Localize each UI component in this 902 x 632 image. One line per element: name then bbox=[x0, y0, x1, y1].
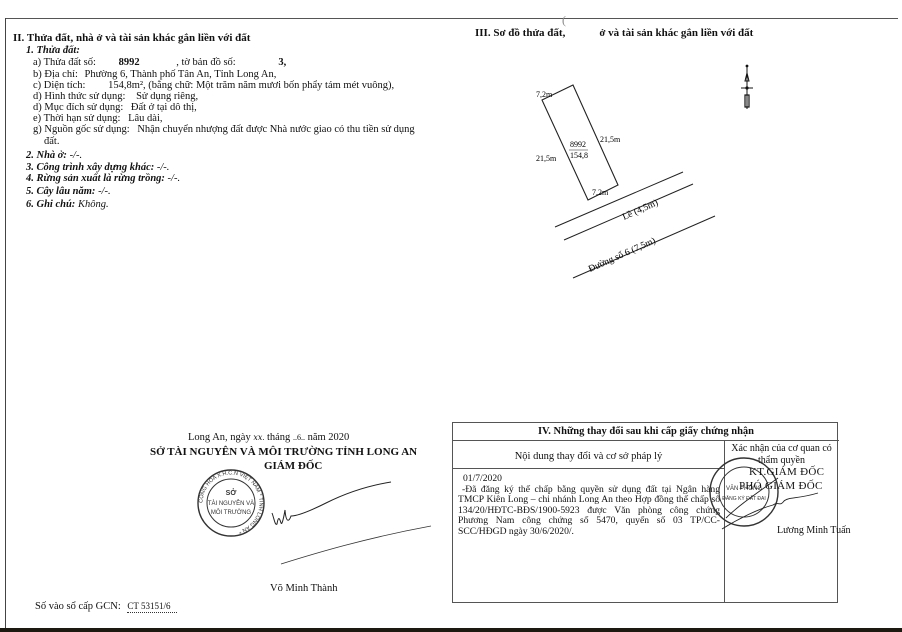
signature-left bbox=[266, 478, 436, 568]
north-arrow-icon bbox=[740, 63, 754, 111]
svg-text:8992: 8992 bbox=[570, 140, 586, 149]
usage-origin-row: g) Nguồn gốc sử dụng: Nhận chuyển nhượng… bbox=[33, 124, 415, 136]
issue-day: 𝑥𝑥. bbox=[253, 433, 264, 442]
change-entry-date: 01/7/2020 bbox=[458, 474, 720, 485]
confirm-title-line1: KT.GIÁM ĐỐC bbox=[749, 466, 824, 478]
svg-text:Lề (4,5m): Lề (4,5m) bbox=[621, 197, 660, 223]
top-border bbox=[5, 18, 898, 19]
section2-title: II. Thửa đất, nhà ở và tài sản khác gắn … bbox=[13, 32, 250, 44]
registry-label: Số vào sổ cấp GCN: bbox=[35, 601, 121, 612]
planted-forest-value: -/-. bbox=[168, 173, 181, 184]
svg-text:TÀI NGUYÊN VÀ: TÀI NGUYÊN VÀ bbox=[208, 499, 254, 507]
parcel-number-row: a) Thửa đất số: 8992 , tờ bản đồ số: 3, bbox=[33, 57, 286, 69]
notes-value: Không. bbox=[78, 199, 109, 210]
parcel-number-label: a) Thửa đất số: bbox=[33, 57, 96, 69]
scan-bottom-edge bbox=[0, 628, 902, 632]
change-entry-text: -Đã đăng ký thế chấp bằng quyền sử dụng … bbox=[458, 485, 720, 538]
section4-title: IV. Những thay đổi sau khi cấp giấy chứn… bbox=[453, 423, 839, 441]
change-content-header: Nội dung thay đổi và cơ sở pháp lý bbox=[453, 451, 724, 462]
svg-text:7,2m: 7,2m bbox=[536, 90, 553, 99]
map-sheet-value: 3, bbox=[278, 57, 286, 69]
svg-text:7,2m: 7,2m bbox=[592, 188, 609, 197]
other-construction-label: 3. Công trình xây dựng khác: bbox=[26, 162, 154, 173]
usage-origin-continuation: đất. bbox=[44, 136, 59, 148]
section3-title-part1: III. Sơ đồ thửa đất, bbox=[475, 27, 565, 39]
signer-name: Võ Minh Thành bbox=[270, 583, 337, 595]
usage-origin-label: g) Nguồn gốc sử dụng: bbox=[33, 124, 130, 136]
parcel-diagram: 7,2m 21,5m 21,5m 7,2m 8992 154,8 Lề (4,5… bbox=[500, 60, 780, 300]
section3-title-part2: ở và tài sản khác gắn liền với đất bbox=[599, 27, 753, 39]
parcel-number-value: 8992 bbox=[119, 57, 140, 69]
left-border bbox=[5, 18, 6, 628]
change-entry: 01/7/2020 -Đã đăng ký thế chấp bằng quyề… bbox=[458, 474, 720, 537]
svg-text:Đường số 6 (7,5m): Đường số 6 (7,5m) bbox=[587, 235, 658, 275]
house-label: 2. Nhà ở: bbox=[26, 150, 67, 161]
certificate-page: II. Thửa đất, nhà ở và tài sản khác gắn … bbox=[0, 0, 902, 632]
registry-number-row: Số vào sổ cấp GCN: CT 53151/6 bbox=[35, 600, 177, 613]
month-prefix: tháng bbox=[267, 432, 290, 443]
house-row: 2. Nhà ở: -/-. bbox=[26, 150, 82, 162]
scan-mark: ( bbox=[562, 14, 566, 26]
svg-text:21,5m: 21,5m bbox=[600, 135, 621, 144]
map-sheet-label: , tờ bản đồ số: bbox=[176, 57, 236, 69]
official-stamp-left: CỘNG HÒA X.H.C.N VIỆT NAM * TỈNH LONG AN… bbox=[196, 468, 266, 538]
date-prefix: Long An, ngày bbox=[188, 432, 251, 443]
parcel-heading: 1. Thửa đất: bbox=[26, 45, 80, 57]
usage-origin-value: Nhận chuyển nhượng đất được Nhà nước gia… bbox=[137, 124, 414, 136]
header-divider bbox=[453, 468, 724, 469]
notes-row: 6. Ghi chú: Không. bbox=[26, 199, 109, 211]
issue-year: năm 2020 bbox=[308, 432, 350, 443]
issue-date: Long An, ngày 𝑥𝑥. tháng ..6.. năm 2020 bbox=[188, 432, 349, 444]
svg-text:154,8: 154,8 bbox=[570, 151, 588, 160]
perennial-trees-label: 5. Cây lâu năm: bbox=[26, 186, 95, 197]
planted-forest-row: 4. Rừng sản xuất là rừng trồng: -/-. bbox=[26, 173, 180, 185]
confirm-signer-name: Lương Minh Tuấn bbox=[777, 525, 851, 536]
perennial-trees-row: 5. Cây lâu năm: -/-. bbox=[26, 186, 111, 198]
notes-label: 6. Ghi chú: bbox=[26, 199, 75, 210]
signer-role: GIÁM ĐỐC bbox=[264, 460, 322, 472]
issuing-organization: SỞ TÀI NGUYÊN VÀ MÔI TRƯỜNG TỈNH LONG AN bbox=[150, 446, 417, 458]
changes-table: IV. Những thay đổi sau khi cấp giấy chứn… bbox=[452, 422, 838, 603]
svg-text:MÔI TRƯỜNG: MÔI TRƯỜNG bbox=[211, 509, 251, 516]
svg-text:SỞ: SỞ bbox=[226, 488, 237, 497]
svg-text:21,5m: 21,5m bbox=[536, 154, 557, 163]
section3-title: III. Sơ đồ thửa đất,ở và tài sản khác gắ… bbox=[475, 27, 753, 39]
perennial-trees-value: -/-. bbox=[98, 186, 111, 197]
other-construction-value: -/-. bbox=[157, 162, 170, 173]
registry-value: CT 53151/6 bbox=[127, 600, 177, 613]
house-value: -/-. bbox=[70, 150, 83, 161]
planted-forest-label: 4. Rừng sản xuất là rừng trồng: bbox=[26, 173, 165, 184]
issue-month: ..6.. bbox=[293, 433, 305, 442]
